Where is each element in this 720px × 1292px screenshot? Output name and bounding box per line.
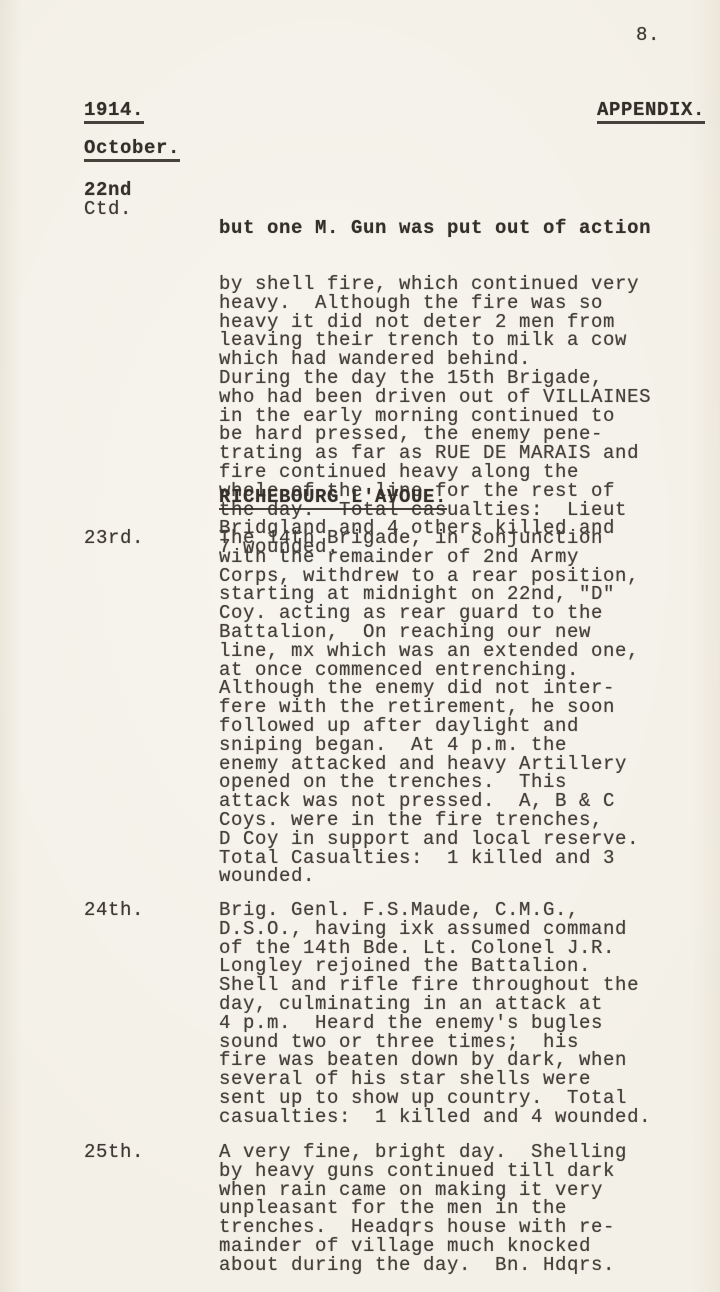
entry-23-body: The 14th Brigade, in conjunction with th… bbox=[219, 529, 689, 886]
entry-24-body: Brig. Genl. F.S.Maude, C.M.G., D.S.O., h… bbox=[219, 901, 689, 1127]
appendix-heading: APPENDIX. bbox=[597, 101, 705, 124]
entry-22-date-label: 22nd bbox=[84, 181, 132, 200]
entry-25-date-label: 25th. bbox=[84, 1143, 144, 1162]
document-page: 8. 1914. APPENDIX. October. 22nd Ctd. bu… bbox=[0, 0, 720, 1292]
entry-22-lead-line: but one M. Gun was put out of action bbox=[219, 219, 689, 238]
entry-22-body: by shell fire, which continued very heav… bbox=[219, 275, 689, 557]
page-number: 8. bbox=[636, 26, 660, 45]
year-heading: 1914. bbox=[84, 101, 144, 124]
entry-22-continued-label: Ctd. bbox=[84, 200, 132, 219]
entry-25-body: A very fine, bright day. Shelling by hea… bbox=[219, 1143, 689, 1275]
section-heading-richebourg: RICHEBOURG L'AVOUE. bbox=[219, 488, 447, 510]
month-heading: October. bbox=[84, 139, 180, 162]
entry-24-date-label: 24th. bbox=[84, 901, 144, 920]
entry-23-date-label: 23rd. bbox=[84, 529, 144, 548]
